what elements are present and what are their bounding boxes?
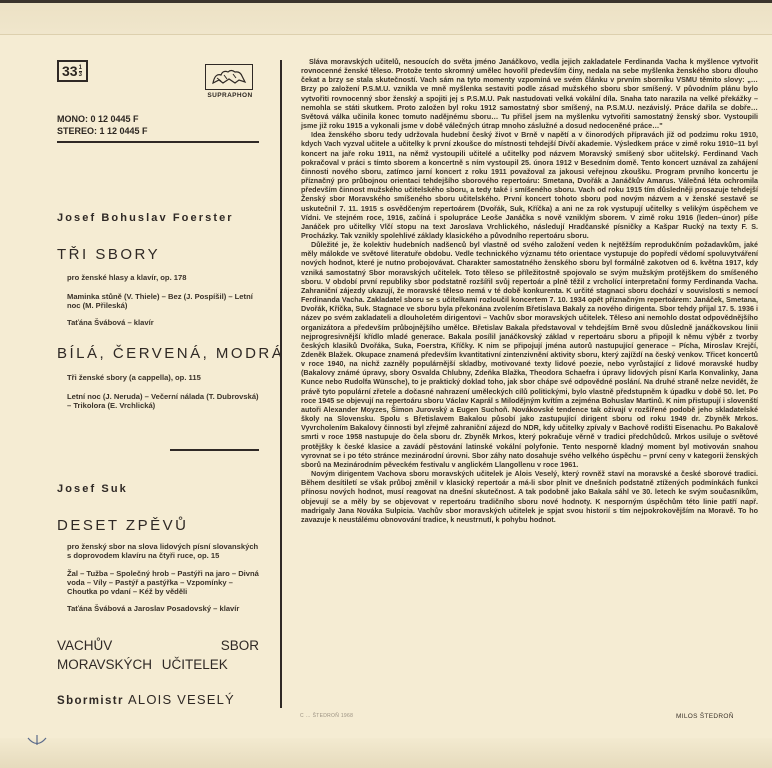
speed-value: 33 [62,63,78,79]
composer-name: Josef Bohuslav Foerster [57,212,234,224]
essay-paragraph: Důležité je, že kolektiv hudebních nadše… [301,240,758,469]
catalog-numbers: MONO: 0 12 0445 F STEREO: 1 12 0445 F [57,113,148,137]
liner-notes: Sláva moravských učitelů, nesoucích do s… [301,57,758,524]
work-subtitle: pro ženské hlasy a klavír, op. 178 [67,273,259,282]
label-name: SUPRAPHON [205,92,255,99]
mono-catalog: MONO: 0 12 0445 F [57,113,148,125]
speed-badge: 33 1 3 [57,60,88,82]
work-title: TŘI SBORY [57,246,160,263]
composer-name: Josef Suk [57,483,128,495]
work-subtitle: Tři ženské sbory (a cappella), op. 115 [67,373,259,382]
sleeve-top-edge [0,0,772,35]
work-subtitle: pro ženský sbor na slova lidových písní … [67,542,259,560]
sleeve-bottom-edge [0,738,772,768]
choir-name: VACHŮV SBOR MORAVSKÝCH UČITELEK [57,636,259,674]
conductor-label: Sbormistr [57,695,124,707]
anchor-icon [26,734,48,748]
stereo-catalog: STEREO: 1 12 0445 F [57,125,148,137]
author-signature: MILOS ŠTEDROŇ [676,713,734,720]
work-songs: Žal – Tužba – Společný hrob – Pastýři na… [67,569,259,596]
work-songs: Maminka stůně (V. Thiele) – Bez (J. Posp… [67,292,259,310]
essay-paragraph: Idea ženského sboru tedy udržovala hudeb… [301,130,758,240]
column-divider [280,60,282,708]
copyright-notice: C … ŠTEDROŇ 1968 [300,713,353,719]
work-songs: Letní noc (J. Neruda) – Večerní nálada (… [67,392,259,410]
divider [57,141,259,143]
work-title: BÍLÁ, ČERVENÁ, MODRÁ [57,345,284,362]
speed-fraction: 1 3 [79,65,82,78]
lion-icon [205,64,253,90]
divider [170,449,259,451]
supraphon-logo: SUPRAPHON [205,64,255,99]
conductor-name: ALOIS VESELÝ [128,692,235,707]
work-title: DESET ZPĚVŮ [57,517,188,534]
essay-paragraph: Sláva moravských učitelů, nesoucích do s… [301,57,758,130]
work-performer: Taťána Švábová – klavír [67,318,259,327]
sleeve-border [0,0,772,3]
essay-paragraph: Novým dirigentem Vachova sboru moravskýc… [301,469,758,524]
conductor: Sbormistr ALOIS VESELÝ [57,692,235,707]
work-performer: Taťána Švábová a Jaroslav Posadovský – k… [67,604,259,613]
